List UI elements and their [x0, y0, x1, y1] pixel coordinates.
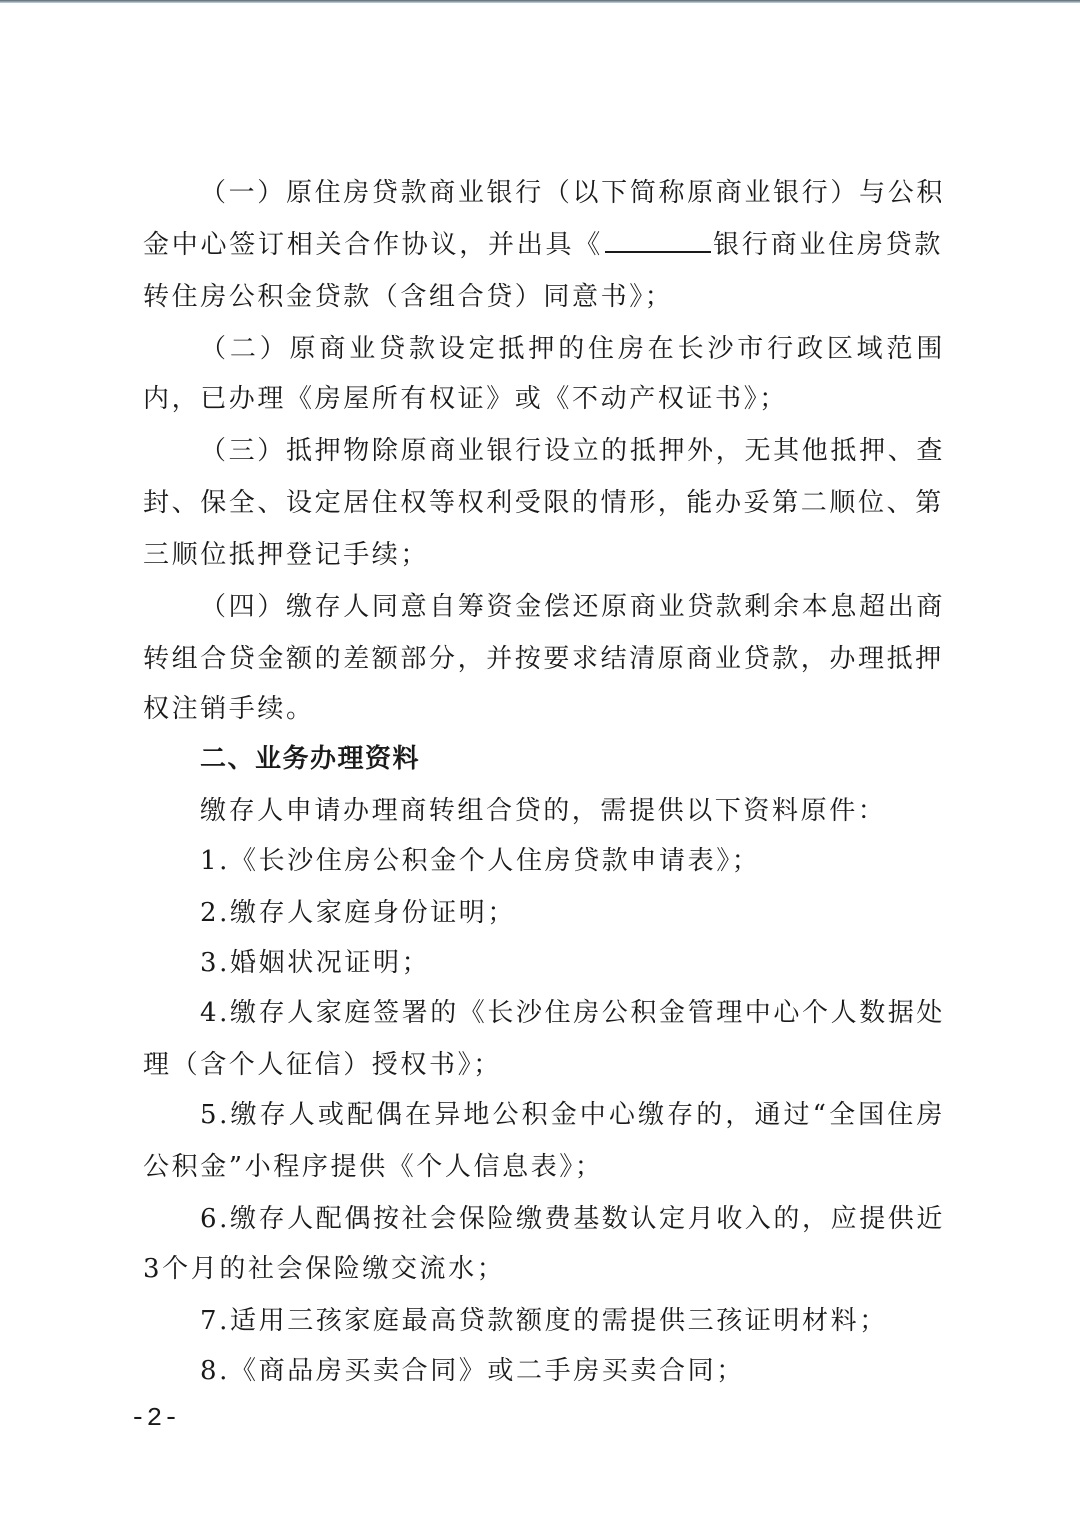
material-item-4-line-1: 4.缴存人家庭签署的《长沙住房公积金管理中心个人数据处: [200, 993, 945, 1033]
condition-4-line-1: （四）缴存人同意自筹资金偿还原商业贷款剩余本息超出商: [200, 587, 945, 627]
material-item-2: 2.缴存人家庭身份证明；: [200, 893, 945, 933]
page-number: -2-: [130, 1403, 180, 1433]
condition-3-line-2: 封、保全、设定居住权等权利受限的情形，能办妥第二顺位、第: [143, 483, 943, 523]
condition-1-line-3: 转住房公积金贷款（含组合贷）同意书》；: [143, 277, 943, 317]
condition-4-line-3: 权注销手续。: [143, 689, 943, 729]
condition-2-line-2: 内，已办理《房屋所有权证》或《不动产权证书》；: [143, 379, 943, 419]
condition-2-line-1: （二）原商业贷款设定抵押的住房在长沙市行政区域范围: [200, 329, 945, 369]
material-item-4-line-2: 理（含个人征信）授权书》；: [143, 1045, 943, 1085]
document-page: （一）原住房贷款商业银行（以下简称原商业银行）与公积 金中心签订相关合作协议，并…: [0, 0, 1080, 1535]
condition-4-line-2: 转组合贷金额的差额部分，并按要求结清原商业贷款，办理抵押: [143, 639, 943, 679]
condition-3-line-1: （三）抵押物除原商业银行设立的抵押外，无其他抵押、查: [200, 431, 945, 471]
condition-1-line-2-before: 金中心签订相关合作协议，并出具《: [143, 230, 603, 260]
material-item-6-line-1: 6.缴存人配偶按社会保险缴费基数认定月收入的，应提供近: [200, 1199, 945, 1239]
materials-intro: 缴存人申请办理商转组合贷的，需提供以下资料原件：: [200, 791, 945, 831]
material-item-8: 8.《商品房买卖合同》或二手房买卖合同；: [200, 1351, 945, 1391]
section-heading: 二、业务办理资料: [200, 739, 945, 779]
material-item-3: 3.婚姻状况证明；: [200, 943, 945, 983]
material-item-5-line-2: 公积金”小程序提供《个人信息表》；: [143, 1147, 943, 1187]
condition-3-line-3: 三顺位抵押登记手续；: [143, 535, 943, 575]
material-item-1: 1.《长沙住房公积金个人住房贷款申请表》；: [200, 841, 945, 881]
material-item-7: 7.适用三孩家庭最高贷款额度的需提供三孩证明材料；: [200, 1301, 945, 1341]
condition-1-line-1: （一）原住房贷款商业银行（以下简称原商业银行）与公积: [200, 173, 945, 213]
condition-1-line-2: 金中心签订相关合作协议，并出具《银行商业住房贷款: [143, 225, 943, 265]
fill-in-blank: [605, 229, 711, 253]
condition-1-line-2-after: 银行商业住房贷款: [713, 230, 943, 260]
material-item-6-line-2: 3个月的社会保险缴交流水；: [143, 1249, 943, 1289]
material-item-5-line-1: 5.缴存人或配偶在异地公积金中心缴存的，通过“全国住房: [200, 1095, 945, 1135]
